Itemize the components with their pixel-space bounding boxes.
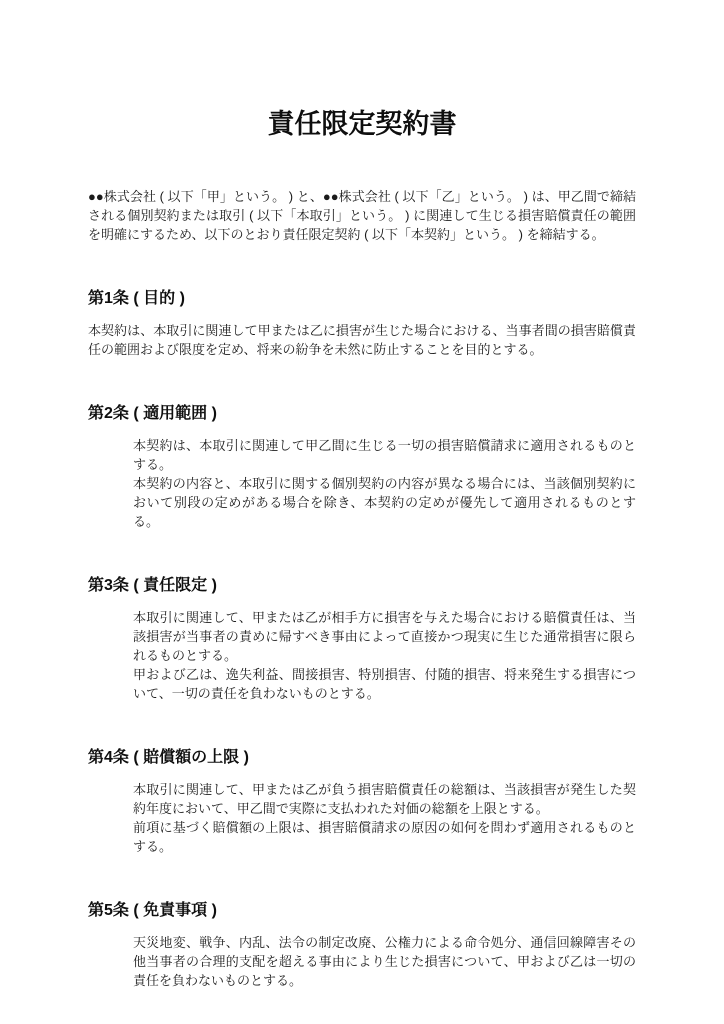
article-3-body: 本取引に関連して、甲または乙が相手方に損害を与えた場合における賠償責任は、当該損… [133,608,636,703]
contract-document-page: 責任限定契約書 ●●株式会社 ( 以下「甲」という。 ) と、●●株式会社 ( … [0,0,724,1024]
article-4-paragraph-1: 本取引に関連して、甲または乙が負う損害賠償責任の総額は、当該損害が発生した契約年… [133,780,636,818]
article-2-paragraph-2: 本契約の内容と、本取引に関する個別契約の内容が異なる場合には、当該個別契約におい… [133,474,636,531]
article-1-body: 本契約は、本取引に関連して甲または乙に損害が生じた場合における、当事者間の損害賠… [88,321,636,359]
article-4-paragraph-2: 前項に基づく賠償額の上限は、損害賠償請求の原因の如何を問わず適用されるものとする… [133,818,636,856]
article-5-heading: 第5条 ( 免責事項 ) [88,900,636,922]
article-3-heading: 第3条 ( 責任限定 ) [88,575,636,597]
article-4-heading: 第4条 ( 賠償額の上限 ) [88,747,636,769]
article-2-heading: 第2条 ( 適用範囲 ) [88,403,636,425]
article-1-heading: 第1条 ( 目的 ) [88,288,636,310]
article-1: 第1条 ( 目的 ) 本契約は、本取引に関連して甲または乙に損害が生じた場合にお… [88,288,636,359]
article-4-body: 本取引に関連して、甲または乙が負う損害賠償責任の総額は、当該損害が発生した契約年… [133,780,636,856]
document-title: 責任限定契約書 [88,108,636,141]
article-3: 第3条 ( 責任限定 ) 本取引に関連して、甲または乙が相手方に損害を与えた場合… [88,575,636,703]
article-3-paragraph-1: 本取引に関連して、甲または乙が相手方に損害を与えた場合における賠償責任は、当該損… [133,608,636,665]
article-2: 第2条 ( 適用範囲 ) 本契約は、本取引に関連して甲乙間に生じる一切の損害賠償… [88,403,636,531]
article-3-paragraph-2: 甲および乙は、逸失利益、間接損害、特別損害、付随的損害、将来発生する損害について… [133,665,636,703]
article-2-paragraph-1: 本契約は、本取引に関連して甲乙間に生じる一切の損害賠償請求に適用されるものとする… [133,436,636,474]
article-5: 第5条 ( 免責事項 ) 天災地変、戦争、内乱、法令の制定改廃、公権力による命令… [88,900,636,990]
article-5-paragraph-1: 天災地変、戦争、内乱、法令の制定改廃、公権力による命令処分、通信回線障害その他当… [133,933,636,990]
preamble-paragraph: ●●株式会社 ( 以下「甲」という。 ) と、●●株式会社 ( 以下「乙」という… [88,187,636,244]
article-2-body: 本契約は、本取引に関連して甲乙間に生じる一切の損害賠償請求に適用されるものとする… [133,436,636,531]
article-4: 第4条 ( 賠償額の上限 ) 本取引に関連して、甲または乙が負う損害賠償責任の総… [88,747,636,856]
article-1-paragraph-1: 本契約は、本取引に関連して甲または乙に損害が生じた場合における、当事者間の損害賠… [88,321,636,359]
article-5-body: 天災地変、戦争、内乱、法令の制定改廃、公権力による命令処分、通信回線障害その他当… [133,933,636,990]
